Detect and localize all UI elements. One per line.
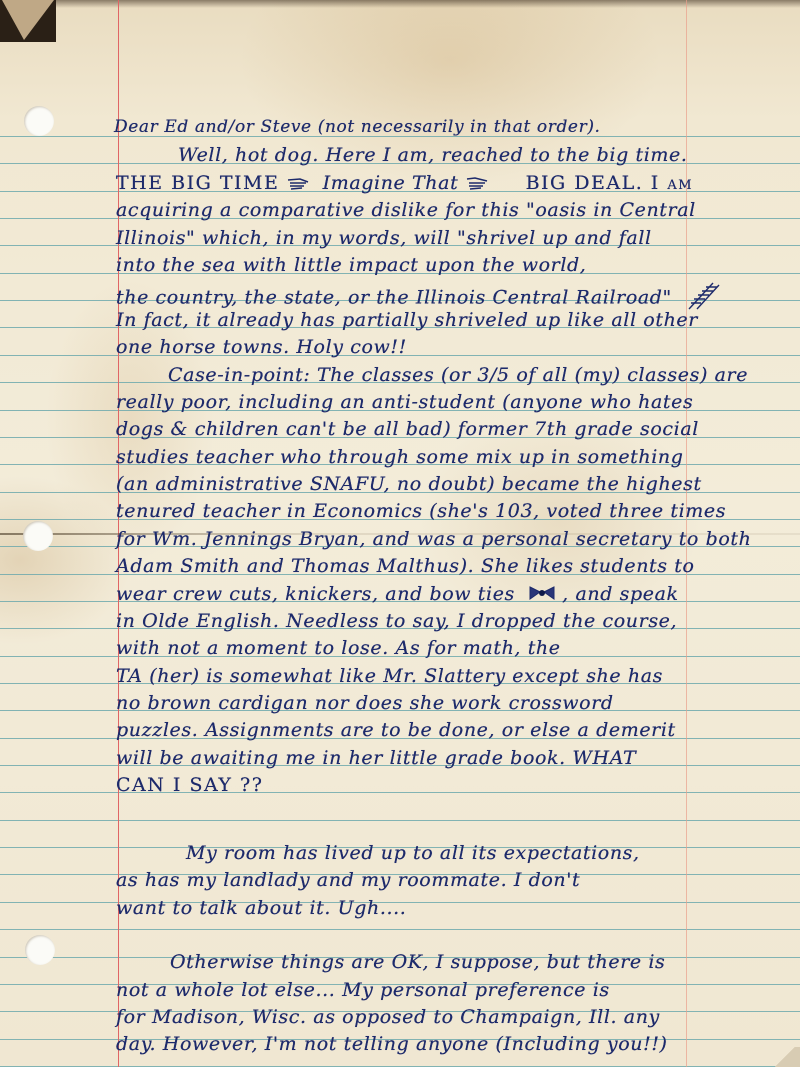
big-time-text: THE BIG TIME <box>116 172 279 194</box>
letter-line-bowtie: wear crew cuts, knickers, and bow ties ,… <box>116 583 679 606</box>
letter-line: studies teacher who through some mix up … <box>116 446 684 468</box>
letter-line-big-time: THE BIG TIME Imagine That BIG DEAL. I am <box>116 172 693 195</box>
letter-line: wear crew cuts, knickers, and bow ties <box>116 583 515 605</box>
pointing-hand-icon <box>286 173 310 195</box>
curled-corner <box>770 1047 800 1067</box>
letter-line: want to talk about it. Ugh.... <box>116 897 406 919</box>
letter-line: day. However, I'm not telling anyone (In… <box>116 1033 668 1055</box>
letter-line: with not a moment to lose. As for math, … <box>116 637 561 659</box>
letter-line: for Madison, Wisc. as opposed to Champai… <box>116 1006 660 1028</box>
letter-line: Illinois" which, in my words, will "shri… <box>116 227 652 249</box>
letter-line: Case-in-point: The classes (or 3/5 of al… <box>168 364 748 386</box>
letter-line: will be awaiting me in her little grade … <box>116 747 636 769</box>
letter-line: puzzles. Assignments are to be done, or … <box>116 719 676 741</box>
letter-line: (an administrative SNAFU, no doubt) beca… <box>116 473 702 495</box>
letter-line: really poor, including an anti-student (… <box>116 391 693 413</box>
big-deal-text: BIG DEAL. I am <box>526 172 693 194</box>
letter-line: the country, the state, or the Illinois … <box>116 287 672 309</box>
letter-line: , and speak <box>562 583 678 605</box>
letter-line: Adam Smith and Thomas Malthus). She like… <box>116 555 695 577</box>
letter-line: dogs & children can't be all bad) former… <box>116 418 699 440</box>
letter-page: Dear Ed and/or Steve (not necessarily in… <box>0 0 800 1067</box>
letter-line: tenured teacher in Economics (she's 103,… <box>116 500 726 522</box>
pointing-hand-icon <box>465 173 489 195</box>
letter-line: as has my landlady and my roommate. I do… <box>116 869 580 891</box>
imagine-that-text: Imagine That <box>323 172 459 194</box>
salutation: Dear Ed and/or Steve (not necessarily in… <box>114 116 601 138</box>
letter-line: CAN I SAY ?? <box>116 774 263 796</box>
letter-line: not a whole lot else... My personal pref… <box>116 979 610 1001</box>
letter-line: one horse towns. Holy cow!! <box>116 336 407 358</box>
letter-line: into the sea with little impact upon the… <box>116 254 586 276</box>
letter-line: My room has lived up to all its expectat… <box>186 842 640 864</box>
bow-tie-icon <box>528 584 556 606</box>
letter-line: Well, hot dog. Here I am, reached to the… <box>178 144 688 166</box>
letter-line: no brown cardigan nor does she work cros… <box>116 692 614 714</box>
letter-line: in Olde English. Needless to say, I drop… <box>116 610 677 632</box>
letter-line: Otherwise things are OK, I suppose, but … <box>170 951 665 973</box>
letter-line: TA (her) is somewhat like Mr. Slattery e… <box>116 665 663 687</box>
letter-line: for Wm. Jennings Bryan, and was a person… <box>116 528 751 550</box>
letter-line: acquiring a comparative dislike for this… <box>116 199 696 221</box>
letter-body: Dear Ed and/or Steve (not necessarily in… <box>0 0 800 1067</box>
letter-line: In fact, it already has partially shrive… <box>116 309 698 331</box>
